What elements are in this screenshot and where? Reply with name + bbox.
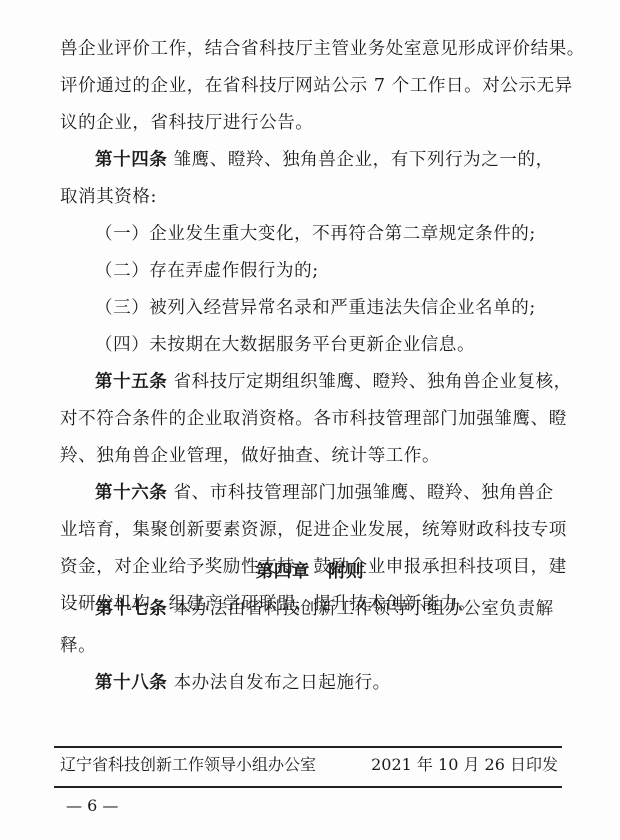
chapter-heading: 第四章 附则 [0, 560, 620, 584]
article-17: 第十七条 本办法由省科技创新工作领导小组办公室负责解 [95, 597, 595, 621]
article-18: 第十八条 本办法自发布之日起施行。 [95, 671, 595, 695]
article-text: 省、市科技管理部门加强雏鹰、瞪羚、独角兽企 [174, 483, 554, 503]
text-line: 释。 [60, 634, 560, 658]
text-line: 评价通过的企业，在省科技厅网站公示 7 个工作日。对公示无异 [60, 74, 560, 98]
text-line: 业培育，集聚创新要素资源，促进企业发展，统筹财政科技专项 [60, 518, 560, 542]
footer-top-rule [54, 746, 562, 748]
list-item: （四）未按期在大数据服务平台更新企业信息。 [95, 333, 595, 357]
list-item: （三）被列入经营异常名录和严重违法失信企业名单的; [95, 296, 595, 320]
article-text: 本办法自发布之日起施行。 [174, 673, 391, 693]
text-line: 对不符合条件的企业取消资格。各市科技管理部门加强雏鹰、瞪 [60, 407, 560, 431]
footer-bottom-rule [54, 786, 562, 788]
article-label: 第十八条 [95, 673, 167, 693]
article-label: 第十五条 [95, 372, 167, 392]
list-item: （二）存在弄虚作假行为的; [95, 259, 595, 283]
text-line: 取消其资格: [60, 185, 560, 209]
page-number: — 6 — [66, 795, 118, 817]
text-line: 兽企业评价工作，结合省科技厅主管业务处室意见形成评价结果。 [60, 37, 560, 61]
article-15: 第十五条 省科技厅定期组织雏鹰、瞪羚、独角兽企业复核， [95, 370, 595, 394]
article-label: 第十四条 [95, 150, 167, 170]
article-text: 本办法由省科技创新工作领导小组办公室负责解 [174, 599, 554, 619]
article-text: 雏鹰、瞪羚、独角兽企业，有下列行为之一的， [174, 150, 554, 170]
list-item: （一）企业发生重大变化，不再符合第二章规定条件的; [95, 222, 595, 246]
article-label: 第十六条 [95, 483, 167, 503]
article-text: 省科技厅定期组织雏鹰、瞪羚、独角兽企业复核， [174, 372, 572, 392]
article-14: 第十四条 雏鹰、瞪羚、独角兽企业，有下列行为之一的， [95, 148, 595, 172]
text-line: 羚、独角兽企业管理，做好抽查、统计等工作。 [60, 444, 560, 468]
article-label: 第十七条 [95, 599, 167, 619]
issue-date: 2021 年 10 月 26 日印发 [371, 754, 558, 776]
issuer: 辽宁省科技创新工作领导小组办公室 [60, 754, 316, 776]
article-16: 第十六条 省、市科技管理部门加强雏鹰、瞪羚、独角兽企 [95, 481, 595, 505]
text-line: 议的企业，省科技厅进行公告。 [60, 111, 560, 135]
